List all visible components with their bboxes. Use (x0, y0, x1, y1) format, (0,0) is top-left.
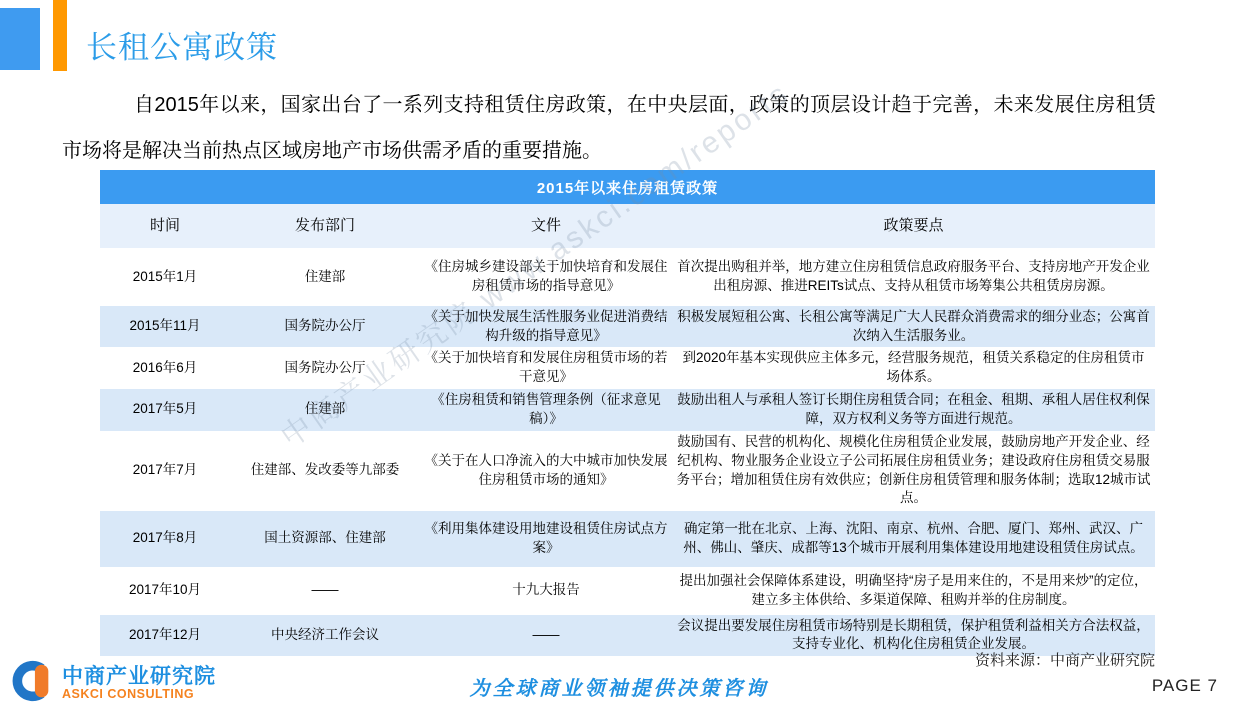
cell-points: 鼓励国有、民营的机构化、规模化住房租赁企业发展，鼓励房地产开发企业、经纪机构、物… (672, 431, 1155, 511)
title-accent-orange-bar (53, 0, 67, 71)
table-header-row: 时间 发布部门 文件 政策要点 (100, 204, 1155, 248)
cell-time: 2016年6月 (100, 347, 230, 388)
footer-logo-en: ASKCI CONSULTING (62, 688, 216, 701)
cell-points: 积极发展短租公寓、长租公寓等满足广大人民群众消费需求的细分业态；公寓首次纳入生活… (672, 306, 1155, 347)
footer-slogan: 为全球商业领袖提供决策咨询 (470, 672, 769, 701)
cell-doc: 《关于在人口净流入的大中城市加快发展住房租赁市场的通知》 (420, 431, 672, 511)
table-row: 2017年5月 住建部 《住房租赁和销售管理条例（征求意见稿）》 鼓励出租人与承… (100, 389, 1155, 431)
cell-dept: —— (230, 567, 420, 615)
slide: 长租公寓政策 自2015年以来，国家出台了一系列支持租赁住房政策，在中央层面，政… (0, 0, 1250, 718)
intro-paragraph: 自2015年以来，国家出台了一系列支持租赁住房政策，在中央层面，政策的顶层设计趋… (62, 82, 1156, 174)
cell-time: 2017年5月 (100, 389, 230, 431)
cell-dept: 住建部 (230, 389, 420, 431)
cell-doc: 《住房租赁和销售管理条例（征求意见稿）》 (420, 389, 672, 431)
cell-dept: 住建部、发改委等九部委 (230, 431, 420, 511)
cell-time: 2017年8月 (100, 511, 230, 567)
cell-dept: 住建部 (230, 248, 420, 306)
cell-dept: 中央经济工作会议 (230, 615, 420, 656)
column-header-dept: 发布部门 (230, 204, 420, 248)
cell-time: 2017年7月 (100, 431, 230, 511)
cell-doc: 《住房城乡建设部关于加快培育和发展住房租赁市场的指导意见》 (420, 248, 672, 306)
askci-logo-icon (10, 658, 56, 709)
cell-time: 2017年12月 (100, 615, 230, 656)
title-accent-blue-block (0, 8, 40, 70)
cell-points: 首次提出购租并举，地方建立住房租赁信息政府服务平台、支持房地产开发企业出租房源、… (672, 248, 1155, 306)
table-row: 2017年7月 住建部、发改委等九部委 《关于在人口净流入的大中城市加快发展住房… (100, 431, 1155, 511)
cell-time: 2015年1月 (100, 248, 230, 306)
cell-points: 提出加强社会保障体系建设，明确坚持“房子是用来住的，不是用来炒”的定位，建立多主… (672, 567, 1155, 615)
table-row: 2015年11月 国务院办公厅 《关于加快发展生活性服务业促进消费结构升级的指导… (100, 306, 1155, 347)
footer-logo-cn: 中商产业研究院 (62, 666, 216, 688)
table-row: 2016年6月 国务院办公厅 《关于加快培育和发展住房租赁市场的若干意见》 到2… (100, 347, 1155, 388)
cell-doc: 《关于加快培育和发展住房租赁市场的若干意见》 (420, 347, 672, 388)
cell-points: 确定第一批在北京、上海、沈阳、南京、杭州、合肥、厦门、郑州、武汉、广州、佛山、肇… (672, 511, 1155, 567)
cell-doc: 《关于加快发展生活性服务业促进消费结构升级的指导意见》 (420, 306, 672, 347)
table-row: 2015年1月 住建部 《住房城乡建设部关于加快培育和发展住房租赁市场的指导意见… (100, 248, 1155, 306)
cell-time: 2015年11月 (100, 306, 230, 347)
source-note: 资料来源：中商产业研究院 (975, 649, 1155, 670)
cell-points: 到2020年基本实现供应主体多元，经营服务规范，租赁关系稳定的住房租赁市场体系。 (672, 347, 1155, 388)
policy-table: 2015年以来住房租赁政策 时间 发布部门 文件 政策要点 2015年1月 住建… (100, 170, 1155, 656)
column-header-points: 政策要点 (672, 204, 1155, 248)
cell-dept: 国务院办公厅 (230, 306, 420, 347)
cell-doc: 《利用集体建设用地建设租赁住房试点方案》 (420, 511, 672, 567)
table-row: 2017年8月 国土资源部、住建部 《利用集体建设用地建设租赁住房试点方案》 确… (100, 511, 1155, 567)
table-title: 2015年以来住房租赁政策 (100, 170, 1155, 204)
cell-dept: 国务院办公厅 (230, 347, 420, 388)
column-header-time: 时间 (100, 204, 230, 248)
cell-doc: —— (420, 615, 672, 656)
page-title: 长租公寓政策 (86, 22, 278, 67)
cell-doc: 十九大报告 (420, 567, 672, 615)
page-number: PAGE 7 (1152, 676, 1218, 696)
cell-dept: 国土资源部、住建部 (230, 511, 420, 567)
cell-points: 鼓励出租人与承租人签订长期住房租赁合同；在租金、租期、承租人居住权利保障，双方权… (672, 389, 1155, 431)
table-row: 2017年10月 —— 十九大报告 提出加强社会保障体系建设，明确坚持“房子是用… (100, 567, 1155, 615)
cell-time: 2017年10月 (100, 567, 230, 615)
column-header-doc: 文件 (420, 204, 672, 248)
footer-logo: 中商产业研究院 ASKCI CONSULTING (10, 658, 216, 709)
